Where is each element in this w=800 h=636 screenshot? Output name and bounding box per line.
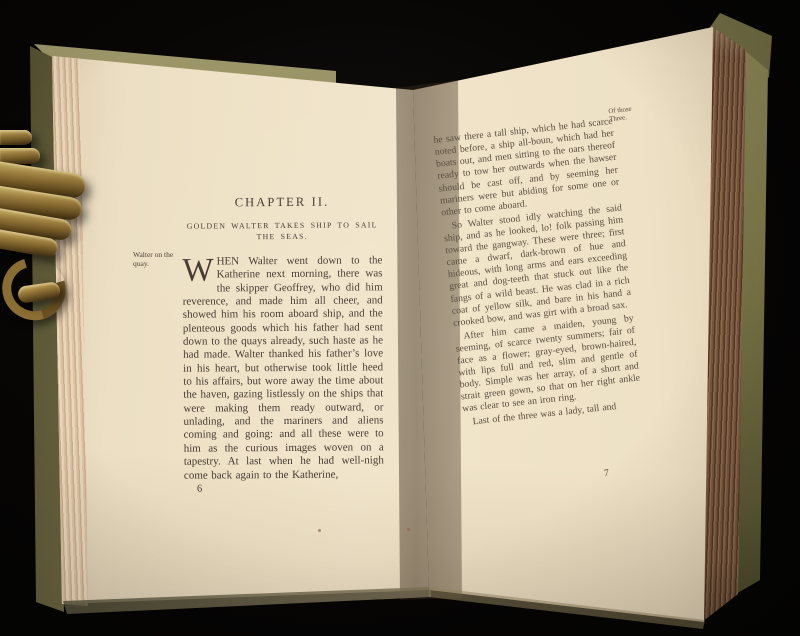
chapter-heading: CHAPTER II. [182,195,382,209]
page-number-right: 7 [603,468,609,479]
paper-speck [318,529,321,532]
right-page-text-block: Of those Three. he saw there a tall ship… [433,116,643,430]
left-page-paragraph: WHEN Walter went down to the Katherine n… [182,254,384,482]
page-number-left: 6 [184,482,384,494]
paper-speck [407,528,410,531]
brass-hand-ornament [0,108,100,323]
left-page-text-block: CHAPTER II. GOLDEN WALTER TAKES SHIP TO … [182,195,384,494]
book-photo-scene: Walter on the quay. CHAPTER II. GOLDEN W… [0,0,800,636]
right-page-paragraph: So Walter stood idly watching the said s… [442,202,633,330]
chapter-subtitle: GOLDEN WALTER TAKES SHIP TO SAIL THE SEA… [186,219,378,242]
brass-hand-knuckle [0,130,32,145]
drop-cap-initial: W [182,257,213,283]
left-margin-note: Walter on the quay. [133,250,177,269]
